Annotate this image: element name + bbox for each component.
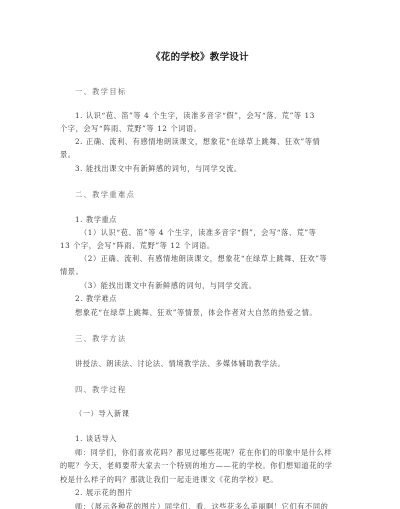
difficulty-text: 想象花“在绿草上跳舞、狂欢”等情景，体会作者对大自然的热爱之情。 [75,308,317,317]
section-heading-key-points: 二、教学重难点 [75,190,135,199]
process-step-2-title: 2. 展示花的图片 [75,488,133,497]
objective-1-line-2: 个字，会写“阵雨、荒野”等 12 个词语。 [60,124,201,133]
objective-3: 3. 能找出课文中有新鲜感的词句，与同学交流。 [75,164,242,173]
objective-2-line-2: 景。 [60,150,76,159]
difficulty-subtitle: 2. 教学难点 [75,294,117,303]
objective-2-line-1: 2. 正确、流利、有感情地朗读课文，想象花“在绿草上跳舞、狂欢”等情 [75,137,320,146]
section-heading-objectives: 一、教学目标 [75,87,127,96]
section-heading-process: 四、教学过程 [75,385,127,394]
key-points-subtitle: 1. 教学重点 [75,215,117,224]
key-point-2-line-2: 情景。 [60,267,83,276]
process-step-1-line-2: 的呢？今天，老师要带大家去一个特别的地方——花的学校。你们想知道花的学 [60,461,333,470]
document-title: 《花的学校》教学设计 [0,49,400,63]
key-point-1-line-2: 13 个字，会写“阵雨、荒野”等 12 个词语。 [60,241,215,250]
process-step-2-line-1: 师：（展示各种花的图片）同学们，看，这些花多么美丽啊！它们有不同的 [75,502,328,509]
objective-1-line-1: 1. 认识“苞、笛”等 4 个生字，读准多音字“假”，会写“落、荒”等 13 [75,111,315,120]
section-heading-methods: 三、教学方法 [75,334,127,343]
process-step-1-line-1: 师：同学们，你们喜欢花吗？都见过哪些花呢？花在你们的印象中是什么样 [75,448,332,457]
key-point-2-line-1: （2）正确、流利、有感情地朗读课文，想象花“在绿草上跳舞、狂欢”等 [80,254,327,263]
key-point-3: （3）能找出课文中有新鲜感的词句，与同学交流。 [80,281,257,290]
process-part-1-title: （一）导入新课 [75,409,130,418]
document-page: 《花的学校》教学设计 一、教学目标 1. 认识“苞、笛”等 4 个生字，读准多音… [0,0,400,509]
process-step-1-title: 1. 谈话导入 [75,434,117,443]
methods-text: 讲授法、朗读法、讨论法、情境教学法、多媒体辅助教学法。 [75,359,285,368]
process-step-1-line-3: 校是什么样子的吗？那就让我们一起走进课文《花的学校》吧。 [60,475,278,484]
key-point-1-line-1: （1）认识“苞、笛”等 4 个生字，读准多音字“假”，会写“落、荒”等 [80,228,316,237]
